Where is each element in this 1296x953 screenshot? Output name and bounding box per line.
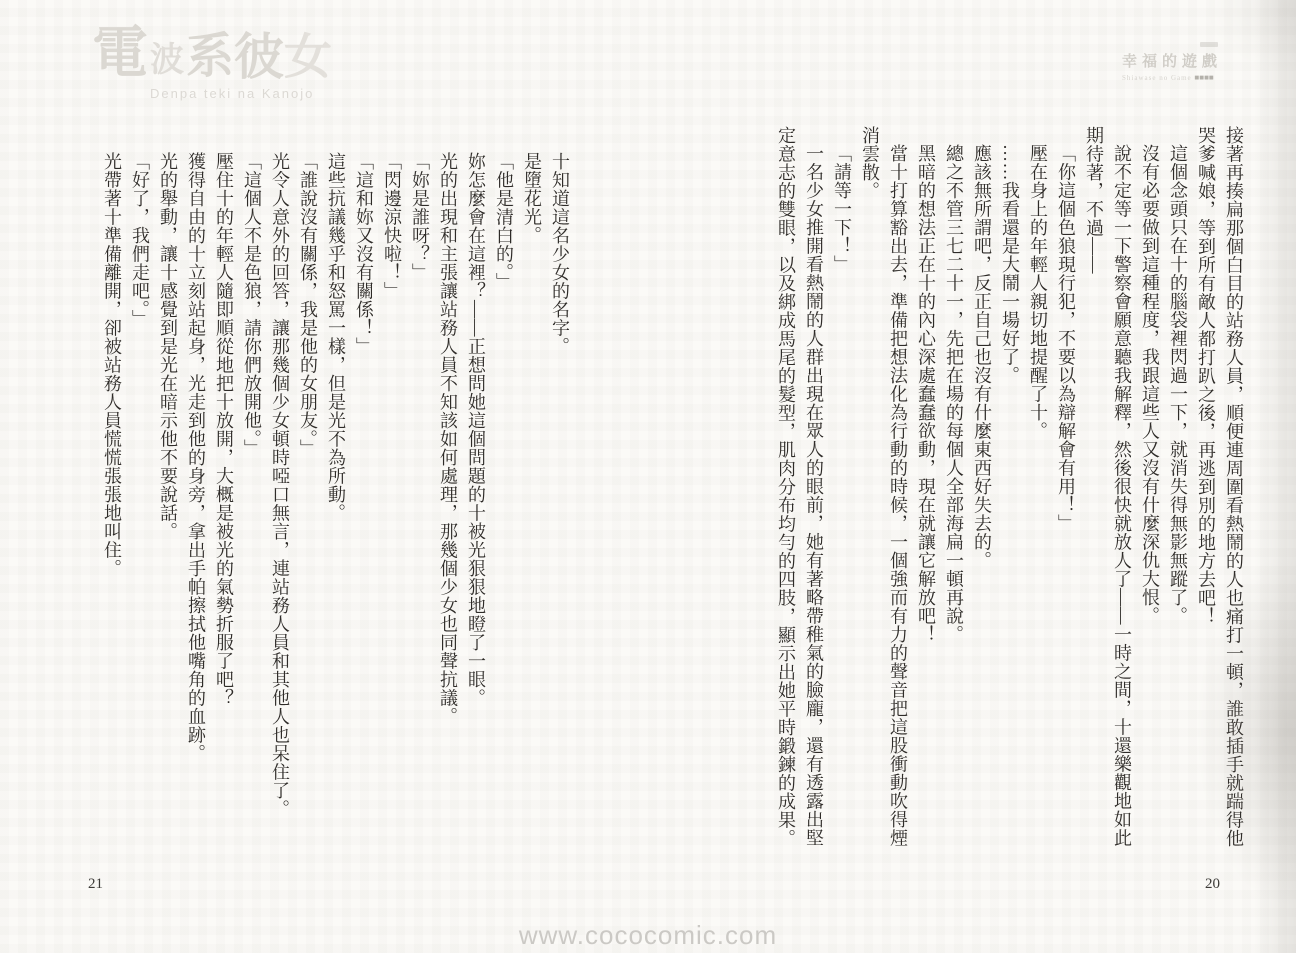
- paragraph: 黑暗的想法正在十的內心深處蠢蠢欲動，現在就讓它解放吧！: [912, 126, 940, 858]
- paragraph: 光的舉動，讓十感覺到是光在暗示他不要說話。: [154, 134, 182, 868]
- paragraph: 一名少女推開看熱鬧的人群出現在眾人的眼前，她有著略帶稚氣的臉龐，還有透露出堅定意…: [772, 126, 828, 858]
- publisher-stamp: ■■■■: [1194, 73, 1213, 82]
- paragraph: ……我看還是大鬧一場好了。: [996, 126, 1024, 858]
- paragraph: 光的出現和主張讓站務人員不知該如何處理，那幾個少女也同聲抗議。: [434, 134, 462, 868]
- page-20-text-block: 接著再揍扁那個白目的站務人員，順便連周圍看熱鬧的人也痛打一頓，誰敢插手就踹得他哭…: [770, 126, 1248, 858]
- chapter-title: 幸福的遊戲: [1122, 50, 1272, 71]
- paragraph: 壓在身上的年輕人親切地提醒了十。: [1024, 126, 1052, 858]
- book-logo: 電 波 系 彼 女 Denpa teki na Kanojo: [92, 26, 332, 101]
- paragraph: 光帶著十準備離開，卻被站務人員慌慌張張地叫住。: [98, 134, 126, 868]
- book-logo-title: 電 波 系 彼 女: [92, 26, 332, 82]
- site-watermark: www.cococomic.com: [519, 920, 777, 951]
- paragraph: 沒有必要做到這種程度，我跟這些人又沒有什麼深仇大恨。: [1136, 126, 1164, 858]
- paragraph: 「他是清白的。」: [490, 134, 518, 868]
- chapter-subtitle: Shiawase no Game ■■■■: [1122, 73, 1272, 82]
- paragraph: 是墮花光。: [518, 134, 546, 868]
- paragraph: 「這和妳又沒有關係！」: [350, 134, 378, 868]
- chapter-header: 幸福的遊戲 Shiawase no Game ■■■■: [1122, 42, 1272, 82]
- paragraph: 「這個人不是色狼，請你們放開他。」: [238, 134, 266, 868]
- paragraph: 這些抗議幾乎和怒罵一樣，但是光不為所動。: [322, 134, 350, 868]
- paragraph: 接著再揍扁那個白目的站務人員，順便連周圍看熱鬧的人也痛打一頓，誰敢插手就踹得他哭…: [1192, 126, 1248, 858]
- chapter-romaji: Shiawase no Game: [1122, 74, 1192, 82]
- logo-char: 波: [150, 44, 184, 78]
- paragraph: 「誰說沒有關係，我是他的女朋友。」: [294, 134, 322, 868]
- paragraph: 「請等一下！」: [828, 126, 856, 858]
- paragraph: 「你這個色狼現行犯，不要以為辯解會有用！」: [1052, 126, 1080, 858]
- paragraph: 當十打算豁出去，準備把想法化為行動的時候，一個強而有力的聲音把這股衝動吹得煙消雲…: [856, 126, 912, 858]
- paragraph: 「閃邊涼快啦！」: [378, 134, 406, 868]
- paragraph: 壓住十的年輕人隨即順從地把十放開，大概是被光的氣勢折服了吧？: [210, 134, 238, 868]
- book-scan-spread: 電 波 系 彼 女 Denpa teki na Kanojo 幸福的遊戲 Shi…: [0, 0, 1296, 953]
- logo-char: 彼: [234, 32, 284, 82]
- paragraph: 說不定等一下警察會願意聽我解釋，然後很快就放人了——一時之間，十還樂觀地如此期待…: [1080, 126, 1136, 858]
- page-21-text-block: 十知道這名少女的名字。 是墮花光。 「他是清白的。」 妳怎麼會在這裡？——正想問…: [96, 134, 574, 868]
- page-number-left: 21: [88, 876, 103, 893]
- paragraph: 這個念頭只在十的腦袋裡閃過一下，就消失得無影無蹤了。: [1164, 126, 1192, 858]
- logo-char: 系: [186, 33, 234, 81]
- page-edge-shadow: [1254, 0, 1296, 953]
- paragraph: 總之不管三七二十一，先把在場的每個人全部海扁一頓再說。: [940, 126, 968, 858]
- book-logo-romaji: Denpa teki na Kanojo: [150, 86, 332, 101]
- paragraph: 「妳是誰呀？」: [406, 134, 434, 868]
- paragraph: 十知道這名少女的名字。: [546, 134, 574, 868]
- logo-char: 女: [284, 34, 332, 82]
- page-number-right: 20: [1205, 876, 1220, 893]
- faint-smudge: [1200, 42, 1218, 47]
- logo-char: 電: [92, 26, 148, 82]
- paragraph: 妳怎麼會在這裡？——正想問她這個問題的十被光狠狠地瞪了一眼。: [462, 134, 490, 868]
- paragraph: 「好了，我們走吧。」: [126, 134, 154, 868]
- paragraph: 光令人意外的回答，讓那幾個少女頓時啞口無言，連站務人員和其他人也呆住了。: [266, 134, 294, 868]
- paragraph: 獲得自由的十立刻站起身，光走到他的身旁，拿出手帕擦拭他嘴角的血跡。: [182, 134, 210, 868]
- paragraph: 應該無所謂吧，反正自己也沒有什麼東西好失去的。: [968, 126, 996, 858]
